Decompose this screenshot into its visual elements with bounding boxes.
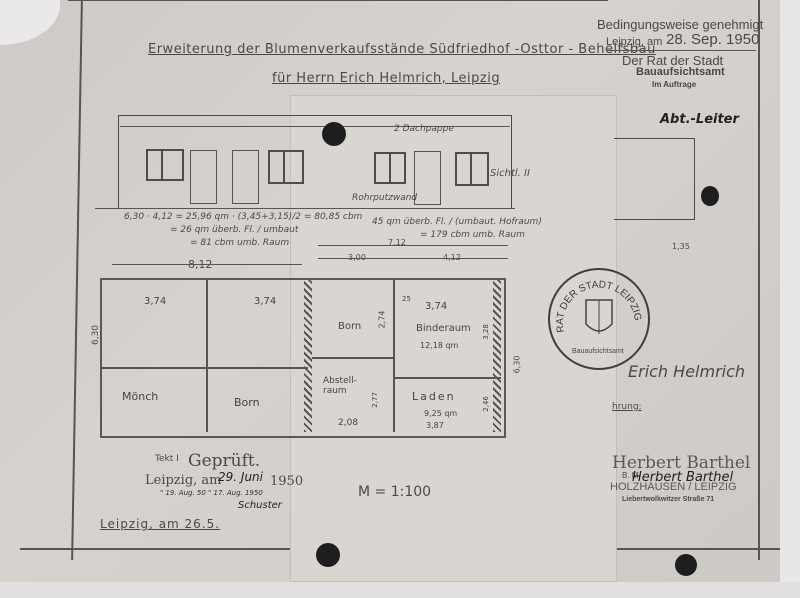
binderaum-area: 12,18 qm — [420, 341, 458, 350]
calc-right-1: 45 qm überb. Fl. / (umbaut. Hofraum) — [372, 217, 542, 227]
calc-right-2: = 179 cbm umb. Raum — [420, 230, 525, 240]
approval-signature: Abt.-Leiter — [660, 112, 739, 127]
dimension-line — [112, 264, 302, 265]
binderaum-depth: 3,28 — [482, 324, 490, 340]
dimension-line — [318, 258, 508, 259]
seal-bottom-text: Bauaufsichtsamt — [572, 348, 624, 355]
interior-wall — [395, 377, 501, 379]
owner-label-fragment: hrung: — [612, 402, 642, 412]
interior-wall — [312, 357, 394, 359]
punch-hole — [316, 543, 340, 567]
elevation-door — [190, 150, 217, 204]
room-label: Mönch — [122, 390, 158, 403]
elevation-window — [374, 152, 406, 184]
laden-width: 3,87 — [426, 421, 444, 430]
approval-stamp-line1: Bedingungsweise genehmigt — [597, 17, 763, 32]
room-width-label: 3,74 — [144, 296, 166, 307]
room-label: Laden — [412, 390, 456, 403]
dimension-side-detail: 1,35 — [672, 242, 690, 251]
interior-wall — [102, 367, 308, 369]
hatched-wall — [493, 280, 501, 432]
room-label: Binderaum — [416, 323, 471, 334]
frame-line-right — [758, 0, 760, 560]
room-label: Abstell-raum — [323, 376, 373, 396]
elevation-window — [455, 152, 489, 186]
check-stamp-signature: Schuster — [238, 500, 282, 511]
room-label: Born — [234, 396, 260, 409]
punch-hole — [322, 122, 346, 146]
sheet-edge-right — [780, 0, 800, 598]
elevation-window — [268, 150, 304, 184]
side-section-detail — [614, 138, 695, 220]
frame-line-top — [68, 0, 608, 1]
room-width-label: 3,74 — [254, 296, 276, 307]
dimension-right-depth: 6,30 — [512, 356, 521, 374]
owner-signature: Erich Helmrich — [628, 362, 745, 381]
room-label: Born — [338, 321, 361, 332]
approval-stamp-office: Bauaufsichtsamt — [636, 66, 725, 78]
calc-left-2: = 26 qm überb. Fl. / umbaut — [170, 225, 298, 235]
check-stamp-label: Geprüft. — [188, 451, 260, 471]
drawing-sheet: Erweiterung der Blumenverkaufsstände Süd… — [0, 0, 800, 598]
drawing-scale: M = 1:100 — [358, 484, 431, 500]
binderaum-width: 3,74 — [425, 301, 447, 312]
punch-hole — [675, 554, 697, 576]
drawing-title: Erweiterung der Blumenverkaufsstände Süd… — [148, 42, 656, 57]
interior-wall — [206, 280, 208, 432]
check-stamp-prefix: Tekt I — [155, 454, 179, 464]
architect-street: Liebertwolkwitzer Straße 71 — [622, 496, 714, 503]
abstell-width: 2,08 — [338, 418, 358, 428]
roof-note: 2 Dachpappe — [394, 124, 454, 134]
calc-left-3: = 81 cbm umb. Raum — [190, 238, 289, 248]
interior-wall — [393, 280, 395, 432]
laden-depth: 2,46 — [482, 396, 490, 412]
sheet-edge-bottom — [0, 582, 800, 598]
check-stamp-date: 29. Juni — [218, 470, 263, 484]
check-stamp-note: " 19. Aug. 50 " 17. Aug. 1950 — [160, 489, 263, 497]
abstell-depth: 2,77 — [371, 392, 379, 408]
architect-signature: Herbert Barthel — [632, 470, 733, 485]
elevation-groundline — [95, 208, 515, 209]
frame-line-left — [71, 0, 82, 560]
dimension-line — [318, 245, 508, 246]
punch-hole — [701, 186, 719, 206]
page-curl — [0, 0, 60, 45]
calc-left-1: 6,30 · 4,12 = 25,96 qm · (3,45+3,15)/2 =… — [124, 212, 362, 222]
laden-area: 9,25 qm — [424, 409, 457, 418]
elevation-door — [232, 150, 259, 204]
wall-thickness-mark: 25 — [402, 295, 411, 303]
city-seal: RAT DER STADT LEIPZIG Bauaufsichtsamt — [548, 268, 650, 370]
wall-note: Rohrputzwand — [352, 193, 417, 203]
approval-stamp-date: 28. Sep. 1950 — [666, 31, 759, 48]
side-label: Sichtl. II — [490, 168, 530, 179]
elevation-window — [146, 149, 184, 181]
stamp-underline — [606, 50, 756, 51]
check-stamp-place: Leipzig, am — [145, 473, 221, 488]
room-depth-label: 2,74 — [377, 311, 386, 329]
approval-stamp-place: Leipzig, am — [606, 36, 662, 48]
footer-place-date: Leipzig, am 26.5. — [100, 517, 220, 531]
drawing-subtitle: für Herrn Erich Helmrich, Leipzig — [272, 71, 500, 86]
hatched-wall — [304, 280, 312, 432]
check-stamp-year: 1950 — [270, 474, 303, 489]
approval-stamp-note: Im Auftrage — [652, 80, 696, 89]
elevation-door — [414, 151, 441, 205]
